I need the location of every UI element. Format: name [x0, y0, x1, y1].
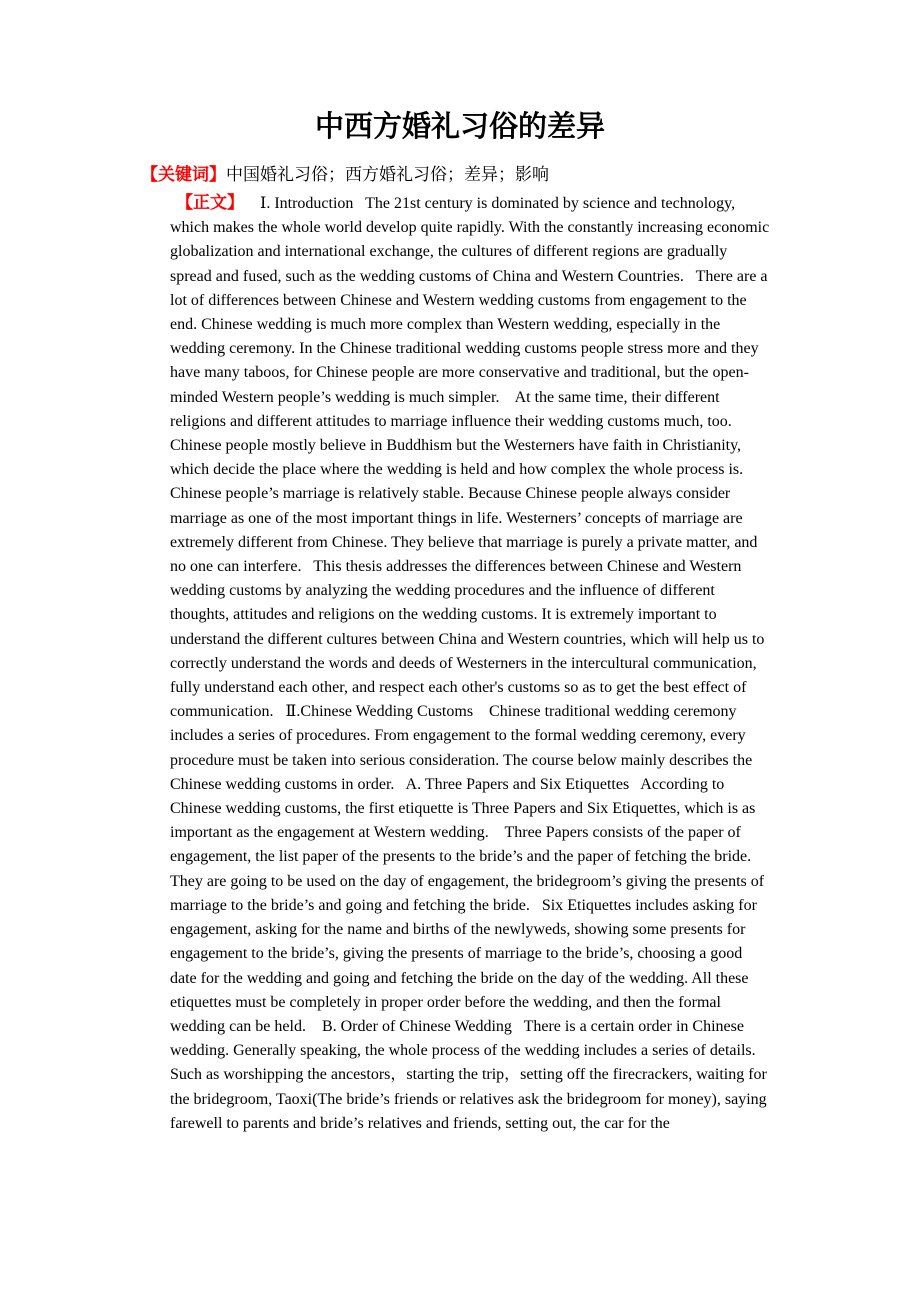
document-title: 中西方婚礼习俗的差异 — [0, 0, 920, 150]
keywords-line: 【关键词】中国婚礼习俗；西方婚礼习俗；差异；影响 — [141, 162, 920, 187]
keywords-label: 【关键词】 — [141, 165, 226, 184]
keywords-text: 中国婚礼习俗；西方婚礼习俗；差异；影响 — [226, 165, 549, 184]
body-text: Ⅰ. Introduction The 21st century is domi… — [170, 195, 773, 1132]
body-paragraph: 【正文】 Ⅰ. Introduction The 21st century is… — [170, 191, 771, 1136]
document-page: 中西方婚礼习俗的差异 【关键词】中国婚礼习俗；西方婚礼习俗；差异；影响 【正文】… — [0, 0, 920, 1302]
body-label: 【正文】 — [176, 193, 244, 212]
